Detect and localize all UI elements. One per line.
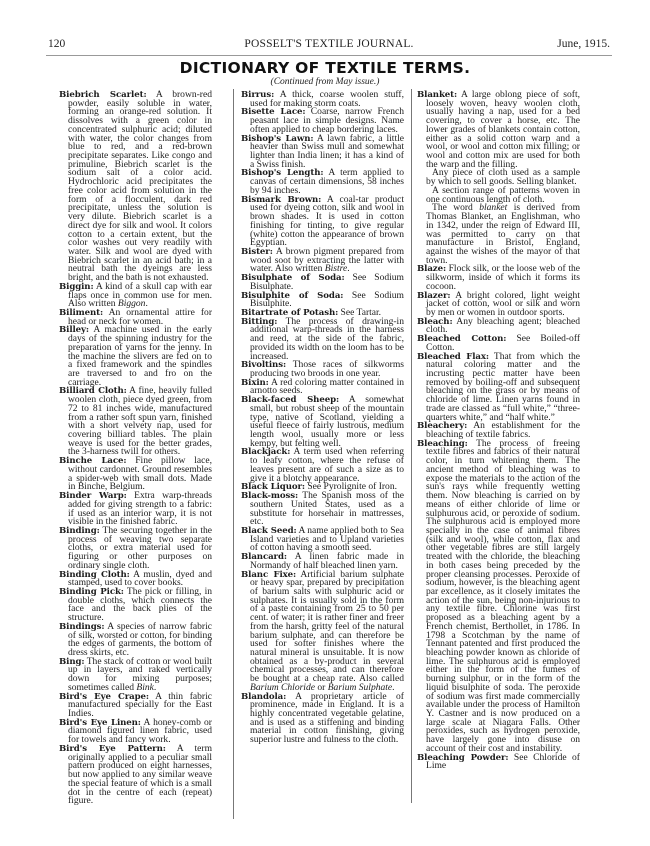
- dictionary-entry: Bleaching: The process of freeing textil…: [417, 440, 580, 754]
- running-head: 120 POSSELT'S TEXTILE JOURNAL. June, 191…: [48, 38, 610, 54]
- dictionary-entry: Bird's Eye Pattern: A term originally ap…: [59, 745, 212, 806]
- dictionary-entry: Black Seed: A name applied both to Sea I…: [241, 527, 404, 553]
- dictionary-entry: Blackjack: A term used when referring to…: [241, 448, 404, 483]
- dictionary-entry: Bird's Eye Crape: A thin fabric manufact…: [59, 693, 212, 719]
- entry-definition: A fine, heavily fulled woolen cloth, pie…: [68, 385, 212, 457]
- entry-definition: That from which the natural coloring mat…: [426, 351, 580, 423]
- entry-definition: A large oblong piece of soft, loosely wo…: [426, 89, 580, 170]
- dictionary-entry: Blazer: A bright colored, light weight j…: [417, 292, 580, 318]
- dictionary-entry: Billiard Cloth: A fine, heavily fulled w…: [59, 387, 212, 457]
- column-2: Birrus: A thick, coarse woolen stuff, us…: [241, 91, 404, 745]
- column-divider: [411, 89, 412, 803]
- column-divider: [233, 89, 234, 819]
- entry-definition: Flock silk, or the loose web of the silk…: [426, 263, 580, 291]
- entry-definition: is derived from Thomas Blanket, an Engli…: [426, 202, 580, 265]
- dictionary-entry: Blanket: A large oblong piece of soft, l…: [417, 91, 580, 169]
- dictionary-entry: Black-moss: The Spanish moss of the sout…: [241, 492, 404, 527]
- column-3: Blanket: A large oblong piece of soft, l…: [417, 91, 580, 771]
- entry-definition: A brown-red powder, easily soluble in wa…: [68, 89, 212, 283]
- dictionary-entry: Binding: The securing together in the pr…: [59, 527, 212, 571]
- dictionary-entry: Bleaching Powder: See Chloride of Lime: [417, 754, 580, 771]
- dictionary-entry: Bishop's Length: A term applied to canva…: [241, 169, 404, 195]
- dictionary-entry: Bindings: A species of narrow fabric of …: [59, 623, 212, 658]
- dictionary-entry: Bisette Lace: Coarse, narrow French peas…: [241, 108, 404, 134]
- dictionary-entry: Binche Lace: Fine pillow lace, without c…: [59, 457, 212, 492]
- dictionary-entry: Bleached Flax: That from which the natur…: [417, 353, 580, 423]
- entry-definition: A term originally applied to a peculiar …: [68, 743, 212, 806]
- dictionary-entry: Bismark Brown: A coal-tar product used f…: [241, 196, 404, 248]
- dictionary-entry: Bird's Eye Linen: A honey-comb or diamon…: [59, 719, 212, 745]
- issue-date: June, 1915.: [557, 38, 610, 50]
- dictionary-entry: Bister: A brown pigment prepared from wo…: [241, 248, 404, 274]
- entry-paragraph: The word blanket is derived from Thomas …: [417, 204, 580, 265]
- entry-definition: The process of freeing textile fibres an…: [426, 438, 580, 754]
- dictionary-entry: Binding Pick: The pick or filling, in do…: [59, 588, 212, 623]
- dictionary-entry: Bitting: The process of drawing-in addit…: [241, 318, 404, 362]
- dictionary-entry: Black-faced Sheep: A somewhat small, but…: [241, 396, 404, 448]
- header-rule: [46, 55, 612, 56]
- dictionary-entry: Binder Warp: Extra warp-threads added fo…: [59, 492, 212, 527]
- dictionary-entry: Bishop's Lawn: A lawn fabric, a little h…: [241, 135, 404, 170]
- entry-definition: A coal-tar product used for dyeing cotto…: [250, 194, 404, 249]
- dictionary-entry: Bing: The stack of cotton or wool built …: [59, 658, 212, 693]
- dictionary-entry: Blanc Fixe: Artificial barium sulphate o…: [241, 571, 404, 693]
- column-1: Biebrich Scarlet: A brown-red powder, ea…: [59, 91, 212, 806]
- dictionary-entry: Biebrich Scarlet: A brown-red powder, ea…: [59, 91, 212, 283]
- entry-definition: Artificial barium sulphate or heavy spar…: [250, 569, 404, 685]
- entry-definition: A somewhat small, but robust sheep of th…: [250, 394, 404, 449]
- journal-page: 120 POSSELT'S TEXTILE JOURNAL. June, 191…: [0, 0, 650, 846]
- dictionary-entry: Billey: A machine used in the early days…: [59, 326, 212, 387]
- entry-definition: A proprietary article of prominence, mad…: [250, 691, 404, 746]
- article-subtitle: (Continued from May issue.): [0, 77, 650, 87]
- dictionary-entry: Biggin: A kind of a skull cap with ear f…: [59, 283, 212, 309]
- dictionary-entry: Blandola: A proprietary article of promi…: [241, 693, 404, 745]
- entry-definition: A bright colored, light weight jacket of…: [426, 290, 580, 318]
- dictionary-entry: Blaze: Flock silk, or the loose web of t…: [417, 265, 580, 291]
- article-title: DICTIONARY OF TEXTILE TERMS.: [0, 59, 650, 77]
- journal-title: POSSELT'S TEXTILE JOURNAL.: [48, 38, 610, 50]
- entry-definition: A machine used in the early days of the …: [68, 324, 212, 387]
